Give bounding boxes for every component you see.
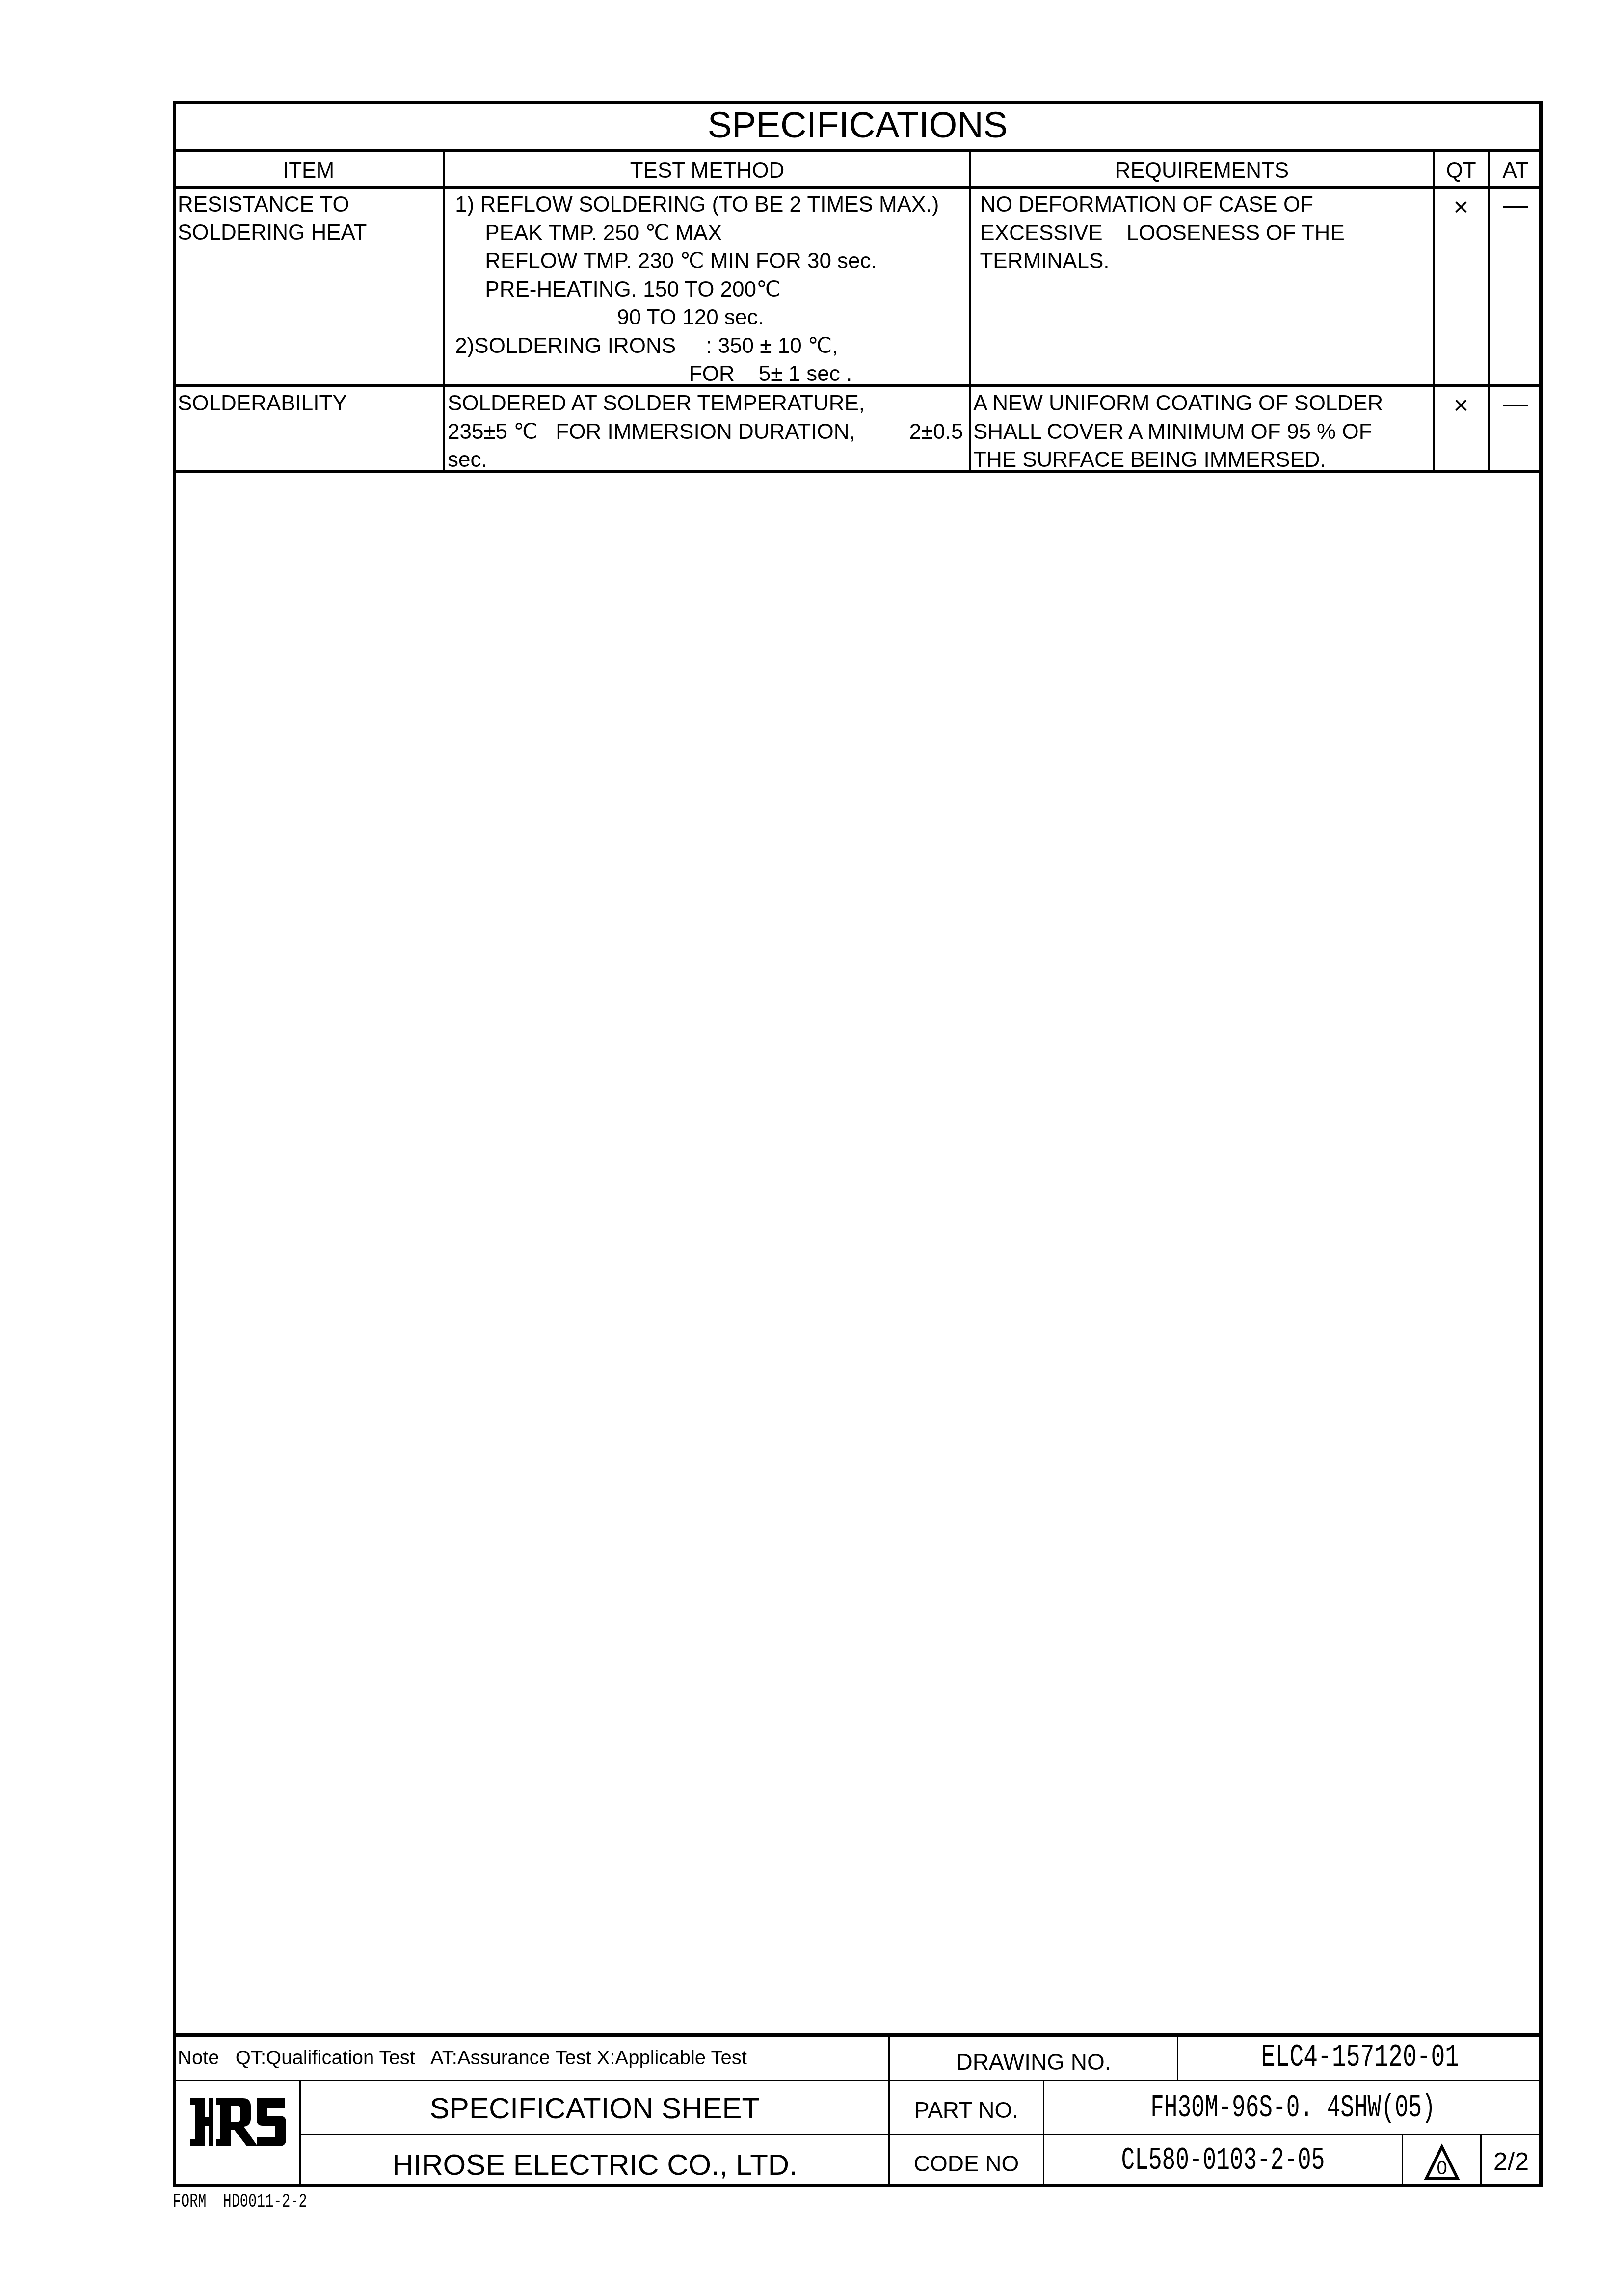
req-line: THE SURFACE BEING IMMERSED. — [973, 446, 1383, 474]
test-line: REFLOW TMP. 230 ℃ MIN FOR 30 sec. — [449, 247, 939, 275]
row-item: SOLDERABILITY — [178, 389, 347, 417]
header-divider — [173, 186, 1543, 189]
test-line: 90 TO 120 sec. — [449, 303, 939, 332]
item-line: RESISTANCE TO — [178, 190, 367, 218]
hrs-logo-icon — [189, 2097, 287, 2151]
drawing-divider — [1177, 2035, 1178, 2080]
drawing-row-divider — [889, 2080, 1543, 2081]
row-divider — [173, 470, 1543, 473]
title-block-top — [173, 2033, 1543, 2037]
code-no-label: CODE NO — [889, 2152, 1043, 2175]
hrs-logo — [189, 2097, 287, 2151]
revision-number: 0 — [1403, 2159, 1481, 2178]
row-test-method: SOLDERED AT SOLDER TEMPERATURE, 235±5 ℃ … — [448, 389, 968, 474]
test-line: PRE-HEATING. 150 TO 200℃ — [449, 275, 939, 304]
req-line: TERMINALS. — [974, 247, 1345, 275]
revision-mark: 0 — [1403, 2135, 1481, 2187]
row-requirements: A NEW UNIFORM COATING OF SOLDER SHALL CO… — [973, 389, 1383, 474]
column-header-at: AT — [1489, 160, 1543, 182]
test-line: 1) REFLOW SOLDERING (TO BE 2 TIMES MAX.) — [449, 190, 939, 219]
sheet-divider — [300, 2134, 889, 2135]
column-header-qt: QT — [1434, 160, 1489, 182]
column-header-test-method: TEST METHOD — [444, 160, 970, 182]
row-requirements: NO DEFORMATION OF CASE OF EXCESSIVE LOOS… — [974, 190, 1345, 275]
note-divider — [173, 2080, 889, 2081]
page-title: SPECIFICATIONS — [173, 107, 1543, 143]
row-test-method: 1) REFLOW SOLDERING (TO BE 2 TIMES MAX.)… — [449, 190, 939, 388]
form-id: FORM HD0011-2-2 — [173, 2193, 307, 2212]
req-line: NO DEFORMATION OF CASE OF — [974, 190, 1345, 219]
req-line: SHALL COVER A MINIMUM OF 95 % OF — [973, 418, 1383, 446]
page-number: 2/2 — [1482, 2149, 1540, 2175]
company-name: HIROSE ELECTRIC CO., LTD. — [300, 2150, 889, 2180]
row-divider — [173, 384, 1543, 387]
part-no-label: PART NO. — [889, 2099, 1043, 2121]
qt-applicable-mark: × — [1434, 194, 1489, 220]
test-line: 2)SOLDERING IRONS : 350 ± 10 ℃, — [449, 332, 939, 360]
req-line: A NEW UNIFORM COATING OF SOLDER — [973, 389, 1383, 418]
legend-note: Note QT:Qualification Test AT:Assurance … — [178, 2048, 747, 2068]
test-line: PEAK TMP. 250 ℃ MAX — [449, 219, 939, 247]
row-item: RESISTANCE TO SOLDERING HEAT — [178, 190, 367, 246]
column-header-item: ITEM — [173, 160, 444, 182]
req-line: EXCESSIVE LOOSENESS OF THE — [974, 219, 1345, 247]
item-line: SOLDERING HEAT — [178, 218, 367, 246]
column-header-requirements: REQUIREMENTS — [970, 160, 1434, 182]
test-line: sec. — [448, 446, 968, 474]
drawing-number: ELC4-157120-01 — [1224, 2042, 1497, 2074]
item-line: SOLDERABILITY — [178, 389, 347, 417]
code-number: CL580-0103-2-05 — [1093, 2145, 1352, 2177]
col-divider — [969, 150, 971, 472]
at-not-applicable-mark: — — [1489, 192, 1543, 217]
title-divider — [173, 149, 1543, 152]
at-not-applicable-mark: — — [1489, 391, 1543, 416]
test-line: SOLDERED AT SOLDER TEMPERATURE, — [448, 389, 968, 418]
drawing-no-label: DRAWING NO. — [889, 2051, 1178, 2073]
col-divider — [443, 150, 445, 472]
sheet-title: SPECIFICATION SHEET — [300, 2094, 889, 2123]
test-line: 235±5 ℃ FOR IMMERSION DURATION, 2±0.5 — [448, 418, 968, 446]
qt-applicable-mark: × — [1434, 393, 1489, 418]
part-number: FH30M-96S-0. 4SHW(05) — [1113, 2093, 1472, 2124]
